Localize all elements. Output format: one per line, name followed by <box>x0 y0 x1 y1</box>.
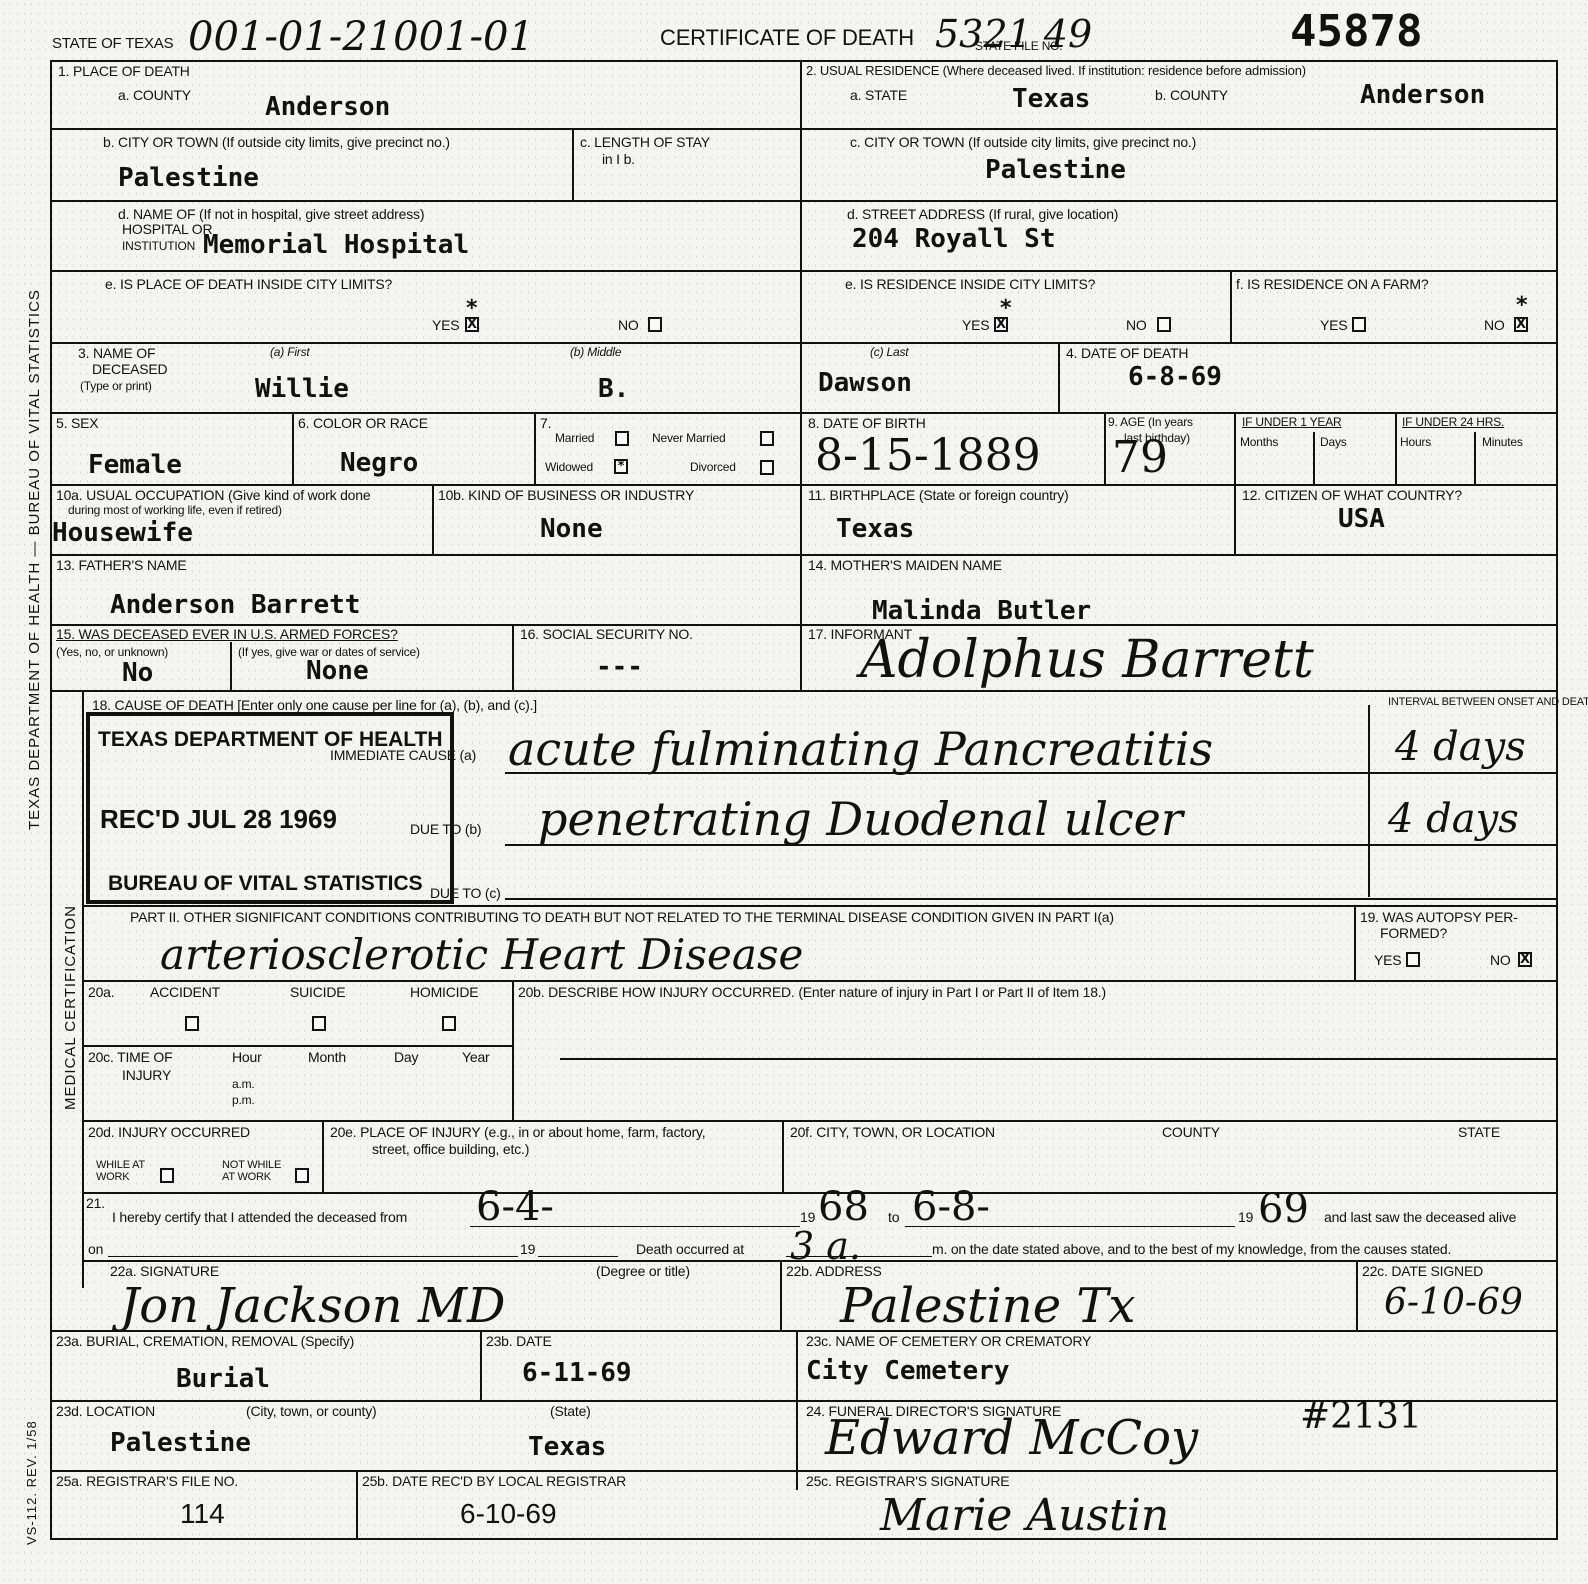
informant-signature[interactable]: Adolphus Barrett <box>860 630 1314 690</box>
res-no-label: NO <box>1126 318 1147 333</box>
day-label: Day <box>394 1050 418 1065</box>
name-label: 3. NAME OF <box>78 346 155 361</box>
cause-b-field[interactable]: penetrating Duodenal ulcer <box>538 792 1183 846</box>
under-1yr-label: IF UNDER 1 YEAR <box>1242 416 1341 429</box>
asterisk-mark: * <box>1516 293 1528 318</box>
certify-text: I hereby certify that I attended the dec… <box>112 1210 407 1225</box>
armed-forces-label: 15. WAS DECEASED EVER IN U.S. ARMED FORC… <box>56 627 398 642</box>
age-label: 9. AGE (In years <box>1108 416 1193 429</box>
first-name-label: (a) First <box>270 346 310 359</box>
suicide-checkbox[interactable] <box>312 1016 326 1031</box>
cause-label: 18. CAUSE OF DEATH [Enter only one cause… <box>92 698 537 713</box>
describe-injury-label: 20b. DESCRIBE HOW INJURY OCCURRED. (Ente… <box>518 985 1106 1000</box>
last-name-label: (c) Last <box>870 346 908 359</box>
autopsy-no-label: NO <box>1490 953 1511 968</box>
attended-from-date[interactable]: 6-4- <box>476 1184 554 1230</box>
ssn-field[interactable]: --- <box>596 652 643 682</box>
res-state-label: a. STATE <box>850 88 907 103</box>
farm-no-checkbox[interactable]: X <box>1514 317 1528 332</box>
state-file-label: STATE FILE NO. <box>975 40 1062 53</box>
divorced-checkbox[interactable] <box>760 460 774 475</box>
injury-state-label: STATE <box>1458 1125 1500 1140</box>
year-label: Year <box>462 1050 490 1065</box>
sex-field[interactable]: Female <box>88 450 182 480</box>
autopsy-label-2: FORMED? <box>1380 926 1447 941</box>
widowed-checkbox[interactable]: * <box>614 459 628 474</box>
city-label: b. CITY OR TOWN (If outside city limits,… <box>103 135 450 150</box>
signature-label: 22a. SIGNATURE <box>110 1264 219 1279</box>
while-at-work-label: WHILE AT WORK <box>96 1160 156 1183</box>
date-signed-label: 22c. DATE SIGNED <box>1362 1264 1483 1279</box>
injury-county-label: COUNTY <box>1162 1125 1220 1140</box>
birthplace-field[interactable]: Texas <box>836 514 914 544</box>
farm-no-label: NO <box>1484 318 1505 333</box>
days-label: Days <box>1320 436 1347 449</box>
autopsy-yes-label: YES <box>1374 953 1401 968</box>
length-of-stay-sub: in I b. <box>602 152 635 167</box>
funeral-director-signature[interactable]: Edward McCoy <box>825 1410 1198 1466</box>
res-city-field[interactable]: Palestine <box>985 155 1126 185</box>
accident-label: ACCIDENT <box>150 985 220 1000</box>
no-label: NO <box>618 318 639 333</box>
month-label: Month <box>308 1050 346 1065</box>
certify-tail-text: m. on the date stated above, and to the … <box>932 1242 1451 1257</box>
res-county-label: b. COUNTY <box>1155 88 1228 103</box>
business-label: 10b. KIND OF BUSINESS OR INDUSTRY <box>438 488 694 503</box>
hospital-field[interactable]: Memorial Hospital <box>203 230 469 260</box>
middle-name-field[interactable]: B. <box>598 374 629 404</box>
hospital-label-2: HOSPITAL OR <box>122 222 212 237</box>
not-while-at-work-label: NOT WHILE AT WORK <box>222 1160 292 1183</box>
part2-label: PART II. OTHER SIGNIFICANT CONDITIONS CO… <box>130 910 1114 925</box>
divorced-label: Divorced <box>690 461 736 474</box>
time-of-injury-label-2: INJURY <box>122 1068 171 1083</box>
disposition-field[interactable]: Burial <box>176 1364 270 1394</box>
yes-label: YES <box>432 318 459 333</box>
sex-label: 5. SEX <box>56 416 98 431</box>
place-of-death-label: 1. PLACE OF DEATH <box>58 64 190 79</box>
interval-b-field[interactable]: 4 days <box>1388 796 1519 842</box>
farm-label: f. IS RESIDENCE ON A FARM? <box>1236 277 1428 292</box>
registrar-file-field[interactable]: 114 <box>180 1498 225 1530</box>
state-file-number: 45878 <box>1290 6 1422 57</box>
hours-label: Hours <box>1400 436 1431 449</box>
res-state-field[interactable]: Texas <box>1012 84 1090 114</box>
address-label: 22b. ADDRESS <box>786 1264 882 1279</box>
occupation-field[interactable]: Housewife <box>52 518 193 548</box>
asterisk-mark: * <box>1000 296 1012 321</box>
middle-name-label: (b) Middle <box>570 346 621 359</box>
street-label: d. STREET ADDRESS (If rural, give locati… <box>847 207 1118 222</box>
married-checkbox[interactable] <box>615 431 629 446</box>
death-occurred-text: Death occurred at <box>636 1242 744 1257</box>
race-label: 6. COLOR OR RACE <box>298 416 428 431</box>
mother-field[interactable]: Malinda Butler <box>872 596 1091 626</box>
date-signed-field[interactable]: 6-10-69 <box>1384 1282 1523 1323</box>
registrar-signature-label: 25c. REGISTRAR'S SIGNATURE <box>806 1474 1009 1489</box>
place-of-injury-label-2: street, office building, etc.) <box>372 1142 529 1157</box>
degree-label: (Degree or title) <box>596 1264 690 1279</box>
never-married-label: Never Married <box>652 432 725 445</box>
to-label: to <box>888 1210 899 1225</box>
burial-state-field[interactable]: Texas <box>528 1432 606 1462</box>
death-city-field[interactable]: Palestine <box>118 163 259 193</box>
hospital-label: d. NAME OF (If not in hospital, give str… <box>118 207 424 222</box>
homicide-checkbox[interactable] <box>442 1016 456 1031</box>
injury-location-label: 20f. CITY, TOWN, OR LOCATION <box>790 1125 995 1140</box>
cemetery-field[interactable]: City Cemetery <box>806 1356 1010 1386</box>
res-yes-label: YES <box>962 318 989 333</box>
minutes-label: Minutes <box>1482 436 1523 449</box>
autopsy-yes-checkbox[interactable] <box>1406 952 1420 967</box>
hour-label: Hour <box>232 1050 262 1065</box>
manner-label: 20a. <box>88 985 114 1000</box>
res-county-field[interactable]: Anderson <box>1360 80 1485 110</box>
suicide-label: SUICIDE <box>290 985 345 1000</box>
attended-to-year[interactable]: 69 <box>1258 1186 1309 1232</box>
location-label: 23d. LOCATION <box>56 1404 155 1419</box>
agency-margin-text: TEXAS DEPARTMENT OF HEALTH — BUREAU OF V… <box>26 289 43 830</box>
ssn-label: 16. SOCIAL SECURITY NO. <box>520 627 693 642</box>
name-label-3: (Type or print) <box>80 380 152 393</box>
stamp-line-2: REC'D JUL 28 1969 <box>100 804 337 835</box>
length-of-stay-label: c. LENGTH OF STAY <box>580 135 710 150</box>
cemetery-label: 23c. NAME OF CEMETERY OR CREMATORY <box>806 1334 1091 1349</box>
autopsy-label: 19. WAS AUTOPSY PER- <box>1360 910 1518 925</box>
cause-a-field[interactable]: acute fulminating Pancreatitis <box>508 722 1213 776</box>
armed-yn-field[interactable]: No <box>122 658 153 688</box>
autopsy-no-checkbox[interactable]: X <box>1518 952 1532 967</box>
attended-to-date[interactable]: 6-8- <box>912 1184 990 1230</box>
physician-signature[interactable]: Jon Jackson MD <box>120 1278 505 1334</box>
date-of-death-field[interactable]: 6-8-69 <box>1128 362 1222 392</box>
asterisk-mark: * <box>466 296 478 321</box>
burial-date-field[interactable]: 6-11-69 <box>522 1358 632 1388</box>
res-inside-limits-label: e. IS RESIDENCE INSIDE CITY LIMITS? <box>845 277 1095 292</box>
stamp-line-1: TEXAS DEPARTMENT OF HEALTH <box>98 728 443 752</box>
injury-occurred-label: 20d. INJURY OCCURRED <box>88 1125 250 1140</box>
am-label: a.m. <box>232 1078 255 1091</box>
state-label: STATE OF TEXAS <box>52 36 173 52</box>
certificate-title: CERTIFICATE OF DEATH <box>660 26 914 49</box>
burial-date-label: 23b. DATE <box>486 1334 552 1349</box>
date-received-label: 25b. DATE REC'D BY LOCAL REGISTRAR <box>362 1474 626 1489</box>
birthplace-label: 11. BIRTHPLACE (State or foreign country… <box>808 488 1069 503</box>
father-field[interactable]: Anderson Barrett <box>110 590 360 620</box>
date-received-field[interactable]: 6-10-69 <box>460 1498 557 1530</box>
death-county-field[interactable]: Anderson <box>265 92 390 122</box>
stamp-line-3: BUREAU OF VITAL STATISTICS <box>108 872 423 896</box>
widowed-label: Widowed <box>545 461 593 474</box>
name-label-2: DECEASED <box>92 362 167 377</box>
medical-certification-margin: MEDICAL CERTIFICATION <box>62 905 79 1110</box>
time-of-injury-label: 20c. TIME OF <box>88 1050 172 1065</box>
location-sub-label: (City, town, or county) <box>246 1404 377 1419</box>
pm-label: p.m. <box>232 1094 255 1107</box>
dob-field[interactable]: 8-15-1889 <box>815 430 1041 481</box>
occupation-label: 10a. USUAL OCCUPATION (Give kind of work… <box>56 488 370 503</box>
form-number: VS-112. REV. 1/58 <box>24 1420 39 1545</box>
inside-limits-label: e. IS PLACE OF DEATH INSIDE CITY LIMITS? <box>105 277 392 292</box>
part2-field[interactable]: arteriosclerotic Heart Disease <box>160 930 803 979</box>
months-label: Months <box>1240 436 1278 449</box>
place-of-injury-label: 20e. PLACE OF INJURY (e.g., in or about … <box>330 1125 706 1140</box>
year-prefix: 19 <box>1238 1210 1253 1225</box>
physician-address[interactable]: Palestine Tx <box>840 1278 1135 1334</box>
mother-label: 14. MOTHER'S MAIDEN NAME <box>808 558 1002 573</box>
disposition-label: 23a. BURIAL, CREMATION, REMOVAL (Specify… <box>56 1334 354 1349</box>
accident-checkbox[interactable] <box>185 1016 199 1031</box>
occupation-label-2: during most of working life, even if ret… <box>68 504 282 517</box>
res-inside-no-checkbox[interactable] <box>1157 317 1171 332</box>
farm-yes-checkbox[interactable] <box>1352 317 1366 332</box>
on-label: on <box>88 1242 103 1257</box>
age-field[interactable]: 79 <box>1112 432 1168 483</box>
date-of-death-label: 4. DATE OF DEATH <box>1066 346 1188 361</box>
inside-limits-no-checkbox[interactable] <box>648 317 662 332</box>
county-label: a. COUNTY <box>118 88 191 103</box>
not-while-at-work-checkbox[interactable] <box>295 1168 309 1183</box>
under-24h-label: IF UNDER 24 HRS. <box>1402 416 1504 429</box>
citizen-field[interactable]: USA <box>1338 504 1385 534</box>
registrar-signature[interactable]: Marie Austin <box>880 1490 1169 1541</box>
hospital-label-3: INSTITUTION <box>122 240 195 253</box>
race-field[interactable]: Negro <box>340 448 418 478</box>
citizen-label: 12. CITIZEN OF WHAT COUNTRY? <box>1242 488 1462 503</box>
received-stamp: TEXAS DEPARTMENT OF HEALTH REC'D JUL 28 … <box>86 712 454 904</box>
residence-label: 2. USUAL RESIDENCE (Where deceased lived… <box>806 64 1306 78</box>
while-at-work-checkbox[interactable] <box>160 1168 174 1183</box>
homicide-label: HOMICIDE <box>410 985 478 1000</box>
armed-yn-label: (Yes, no, or unknown) <box>56 646 168 659</box>
married-label: Married <box>555 432 594 445</box>
item-21-label: 21. <box>86 1196 105 1211</box>
armed-war-field[interactable]: None <box>306 656 369 686</box>
year-prefix: 19 <box>520 1242 535 1257</box>
year-prefix: 19 <box>800 1210 815 1225</box>
never-married-checkbox[interactable] <box>760 431 774 446</box>
farm-yes-label: YES <box>1320 318 1347 333</box>
funeral-director-number: #2131 <box>1300 1396 1422 1437</box>
res-city-label: c. CITY OR TOWN (If outside city limits,… <box>850 135 1196 150</box>
marital-label: 7. <box>540 416 551 431</box>
burial-location-field[interactable]: Palestine <box>110 1428 251 1458</box>
business-field[interactable]: None <box>540 514 603 544</box>
first-name-field[interactable]: Willie <box>255 374 349 404</box>
last-saw-text: and last saw the deceased alive <box>1324 1210 1516 1225</box>
interval-a-field[interactable]: 4 days <box>1395 724 1526 770</box>
registrar-file-label: 25a. REGISTRAR'S FILE NO. <box>56 1474 238 1489</box>
father-label: 13. FATHER'S NAME <box>56 558 187 573</box>
dob-label: 8. DATE OF BIRTH <box>808 416 926 431</box>
interval-label: INTERVAL BETWEEN ONSET AND DEATH <box>1388 697 1588 709</box>
state-sub-label: (State) <box>550 1404 591 1419</box>
local-file-number: 001-01-21001-01 <box>188 14 534 60</box>
street-field[interactable]: 204 Royall St <box>852 224 1056 254</box>
last-name-field[interactable]: Dawson <box>818 368 912 398</box>
